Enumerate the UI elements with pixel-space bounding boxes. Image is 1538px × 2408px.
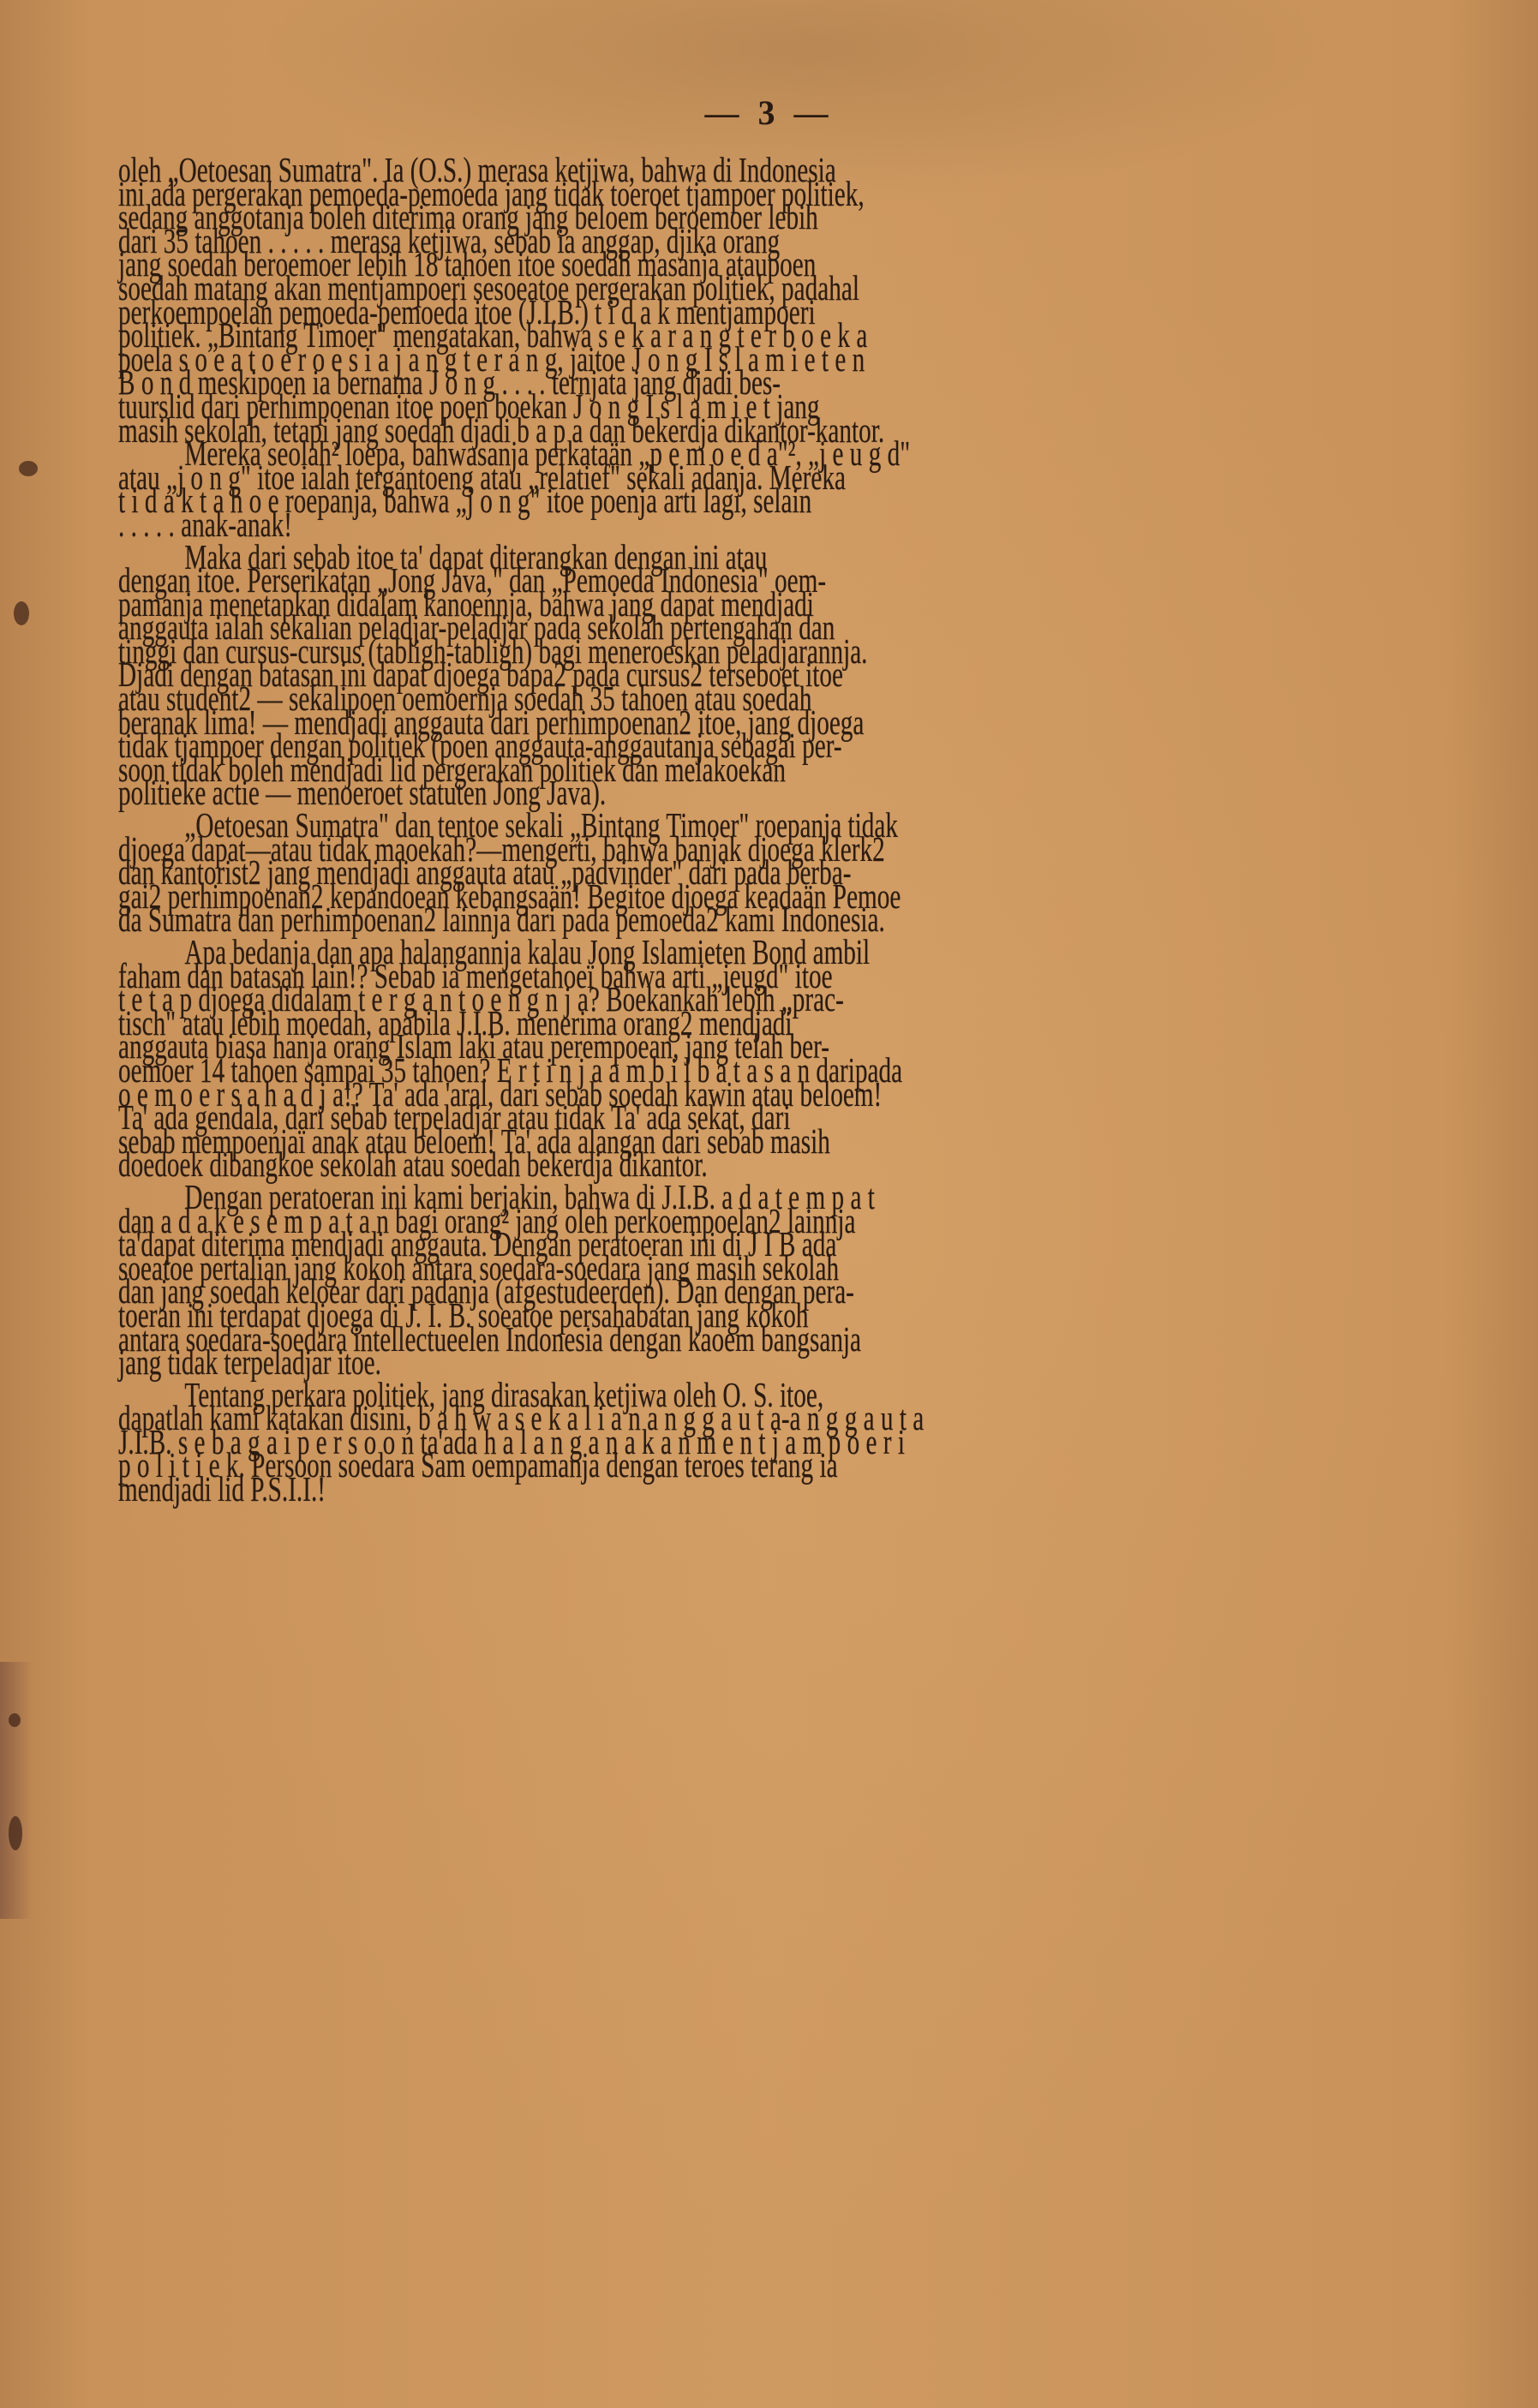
scanned-document-page: — 3 — oleh „Oetoesan Sumatra". Ia (O.S.)… (0, 0, 1538, 2408)
text-line: doedoek dibangkoe sekolah atau soedah be… (118, 1151, 1158, 1180)
binding-edge-shadow (0, 1662, 33, 1919)
text-line: . . . . . anak-anak! (118, 511, 1158, 540)
text-line: politieke actie — menoeroet statuten Jon… (118, 780, 1158, 808)
margin-stain (19, 461, 38, 476)
text-line: jang tidak terpeladjar itoe. (118, 1349, 1158, 1377)
text-line: da Sumatra dan perhimpoenan2 lainnja dar… (118, 906, 1158, 935)
page-number: — 3 — (0, 93, 1538, 133)
text-line: mendjadi lid P.S.I.I.! (118, 1476, 1158, 1504)
margin-stain (9, 1816, 22, 1850)
margin-stain (9, 1713, 21, 1727)
body-text: oleh „Oetoesan Sumatra". Ia (O.S.) meras… (118, 157, 1328, 1500)
margin-stain (14, 601, 29, 625)
